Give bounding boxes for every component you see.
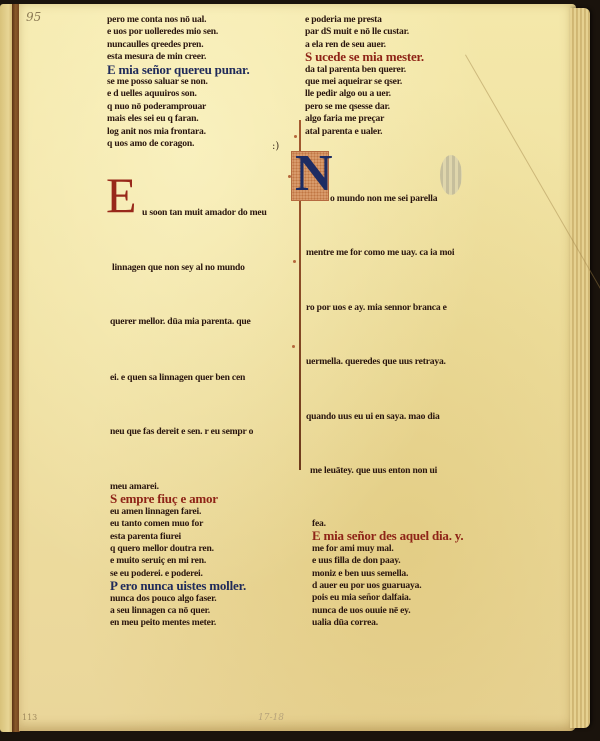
verse-line: pois eu mia señor dalfaia.: [312, 592, 463, 604]
music-text-line: neu que fas dereit e sen. r eu sempr o: [110, 426, 253, 437]
column-left-bottom: meu amarei. S empre fiuç e amor eu amen …: [110, 481, 246, 630]
manuscript-scan: 95 113 17-18 pero me conta nos nō ual. e…: [0, 0, 600, 741]
music-text-line: linnagen que non sey al no mundo: [112, 262, 245, 273]
folio-number: 95: [26, 10, 41, 24]
initial-letter: N: [295, 146, 333, 202]
illuminated-initial-n: N: [291, 151, 329, 201]
music-text-line: quando uus eu ui en saya. mao dia: [306, 411, 440, 422]
verse-line-initial: S empre fiuç e amor: [110, 493, 246, 505]
verse-line-initial: E mia señor des aquel dia. y.: [312, 530, 463, 542]
music-text-line: o mundo non me sei parella: [330, 193, 437, 204]
verse-line: eu amen linnagen farei.: [110, 506, 246, 518]
margin-mark: :): [272, 141, 279, 152]
verse-line: algo faria me preçar: [305, 113, 424, 125]
filigree-ornament: [292, 345, 295, 348]
verse-line: se me posso saluar se non.: [107, 76, 250, 88]
verse-line: e muito seruiç en mi ren.: [110, 555, 246, 567]
verse-line: pero me conta nos nō ual.: [107, 14, 250, 26]
verse-line: nunca de uos ouuie nē ey.: [312, 605, 463, 617]
music-text-line: ei. e quen sa linnagen quer ben cen: [110, 372, 245, 383]
library-stamp: [440, 155, 462, 195]
verse-line: q nuo nō poderamprouar: [107, 101, 250, 113]
music-text-line: ro por uos e ay. mia sennor branca e: [306, 302, 447, 313]
column-right-top: e poderia me presta par dS muit e nō lle…: [305, 14, 424, 138]
shelf-mark: 17-18: [258, 713, 284, 723]
verse-line: nunca dos pouco algo faser.: [110, 593, 246, 605]
verse-line: d auer eu por uos guaruaya.: [312, 580, 463, 592]
verse-line: q uos amo de coragon.: [107, 138, 250, 150]
music-text-line: me leuātey. que uus enton non ui: [310, 465, 437, 476]
verse-line: e uos por uolleredes mio sen.: [107, 26, 250, 38]
verse-line-initial: P ero nunca uistes moller.: [110, 580, 246, 592]
verse-line: eu tanto comen muo for: [110, 518, 246, 530]
filigree-ornament: [294, 135, 297, 138]
music-text-line: uermella. queredes que uus retraya.: [306, 356, 446, 367]
verse-line: me for ami muy mal.: [312, 543, 463, 555]
page-fore-edges: [570, 8, 590, 728]
music-text-line: mentre me for como me uay. ca ia moi: [306, 247, 454, 258]
verse-line: moniz e ben uus semella.: [312, 568, 463, 580]
verse-line: e uus filla de don paay.: [312, 555, 463, 567]
verse-line-initial: E mia señor quereu punar.: [107, 64, 250, 76]
verse-line: e poderia me presta: [305, 14, 424, 26]
music-text-line: u soon tan muit amador do meu: [142, 207, 267, 218]
bottom-margin-number: 113: [22, 713, 37, 722]
column-left-top: pero me conta nos nō ual. e uos por uoll…: [107, 14, 250, 150]
verse-line: atal parenta e ualer.: [305, 126, 424, 138]
column-right-bottom: fea. E mia señor des aquel dia. y. me fo…: [312, 518, 463, 630]
verse-line: esta parenta fiurei: [110, 531, 246, 543]
verse-line: q quero mellor doutra ren.: [110, 543, 246, 555]
verse-line: a seu linnagen ca nō quer.: [110, 605, 246, 617]
verse-line: en meu peito mentes meter.: [110, 617, 246, 629]
verse-line: mais eles sei eu q faran.: [107, 113, 250, 125]
verse-line: pero se me qsesse dar.: [305, 101, 424, 113]
verse-line: lle pedir algo ou a uer.: [305, 88, 424, 100]
verse-line-initial: S ucede se mia mester.: [305, 51, 424, 63]
filigree-ornament: [293, 260, 296, 263]
verse-line: par dS muit e nō lle custar.: [305, 26, 424, 38]
verse-line: e d uelles aquuiros son.: [107, 88, 250, 100]
verse-line: ualia dūa correa.: [312, 617, 463, 629]
verse-line: da tal parenta ben querer.: [305, 64, 424, 76]
red-initial-e: E: [106, 173, 134, 217]
verse-line: nuncaulles qreedes pren.: [107, 39, 250, 51]
music-text-line: querer mellor. dūa mia parenta. que: [110, 316, 251, 327]
parchment-page: [19, 4, 576, 731]
verse-line: que mei aqueirar se qser.: [305, 76, 424, 88]
verse-line: log anit nos mia frontara.: [107, 126, 250, 138]
